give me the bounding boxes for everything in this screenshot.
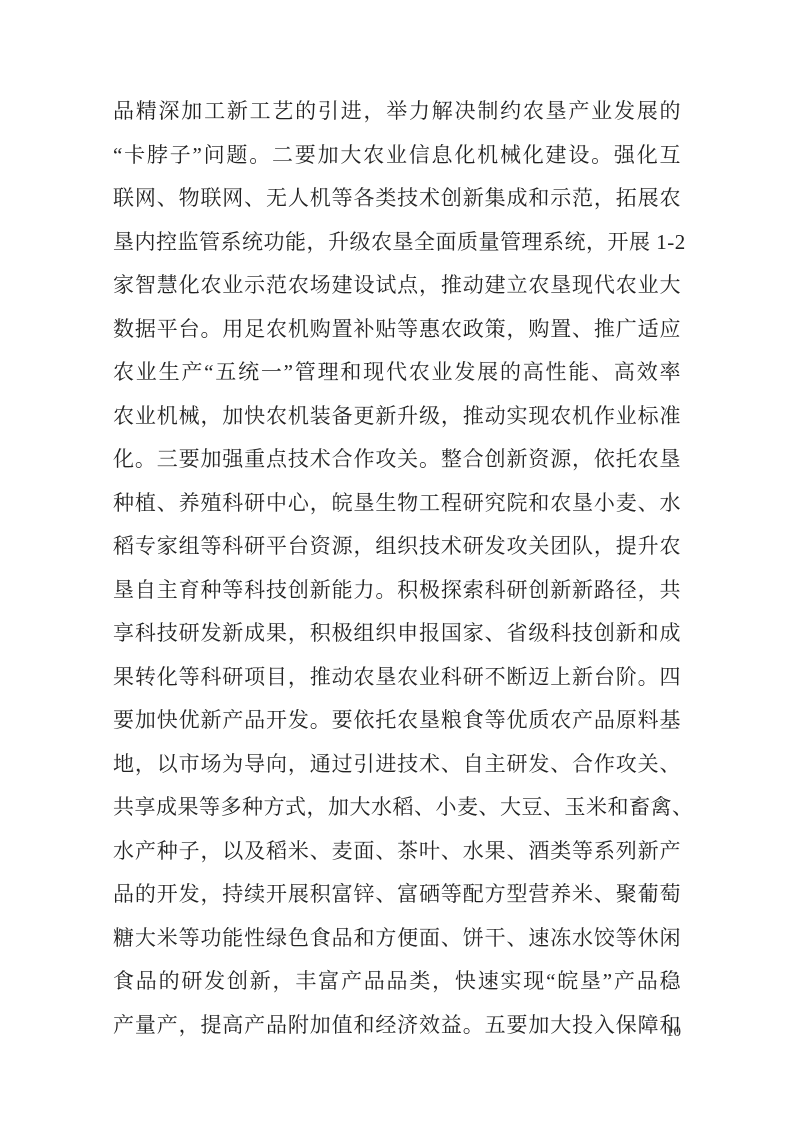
text-line: 稻专家组等科研平台资源，组织技术研发攻关团队，提升农 [113, 525, 681, 569]
text-line: 水产种子，以及稻米、麦面、茶叶、水果、酒类等系列新产 [113, 830, 681, 874]
text-line: 食品的研发创新，丰富产品品类，快速实现“皖垦”产品稳 [113, 960, 681, 1004]
text-line: 地，以市场为导向，通过引进技术、自主研发、合作攻关、 [113, 743, 681, 787]
document-page: 品精深加工新工艺的引进，举力解决制约农垦产业发展的“卡脖子”问题。二要加大农业信… [0, 0, 794, 1122]
text-line: 数据平台。用足农机购置补贴等惠农政策，购置、推广适应 [113, 308, 681, 352]
text-line: 种植、养殖科研中心，皖垦生物工程研究院和农垦小麦、水 [113, 482, 681, 526]
text-line: 糖大米等功能性绿色食品和方便面、饼干、速冻水饺等休闲 [113, 917, 681, 961]
text-line: 要加快优新产品开发。要依托农垦粮食等优质农产品原料基 [113, 699, 681, 743]
text-line: 化。三要加强重点技术合作攻关。整合创新资源，依托农垦 [113, 438, 681, 482]
text-line: 产量产，提高产品附加值和经济效益。五要加大投入保障和 [113, 1004, 681, 1048]
text-line: 联网、物联网、无人机等各类技术创新集成和示范，拓展农 [113, 177, 681, 221]
text-line: 果转化等科研项目，推动农垦农业科研不断迈上新台阶。四 [113, 656, 681, 700]
text-line: 品精深加工新工艺的引进，举力解决制约农垦产业发展的 [113, 90, 681, 134]
text-line: 共享成果等多种方式，加大水稻、小麦、大豆、玉米和畜禽、 [113, 786, 681, 830]
text-line: 家智慧化农业示范农场建设试点，推动建立农垦现代农业大 [113, 264, 681, 308]
text-line: 品的开发，持续开展积富锌、富硒等配方型营养米、聚葡萄 [113, 873, 681, 917]
text-line: 享科技研发新成果，积极组织申报国家、省级科技创新和成 [113, 612, 681, 656]
text-line: 农业生产“五统一”管理和现代农业发展的高性能、高效率 [113, 351, 681, 395]
text-line: 农业机械，加快农机装备更新升级，推动实现农机作业标准 [113, 395, 681, 439]
text-line: 垦内控监管系统功能，升级农垦全面质量管理系统，开展 1-2 [113, 221, 681, 265]
page-number: 10 [621, 1022, 681, 1042]
text-line: “卡脖子”问题。二要加大农业信息化机械化建设。强化互 [113, 134, 681, 178]
text-line: 垦自主育种等科技创新能力。积极探索科研创新新路径，共 [113, 569, 681, 613]
body-text: 品精深加工新工艺的引进，举力解决制约农垦产业发展的“卡脖子”问题。二要加大农业信… [113, 90, 681, 1047]
